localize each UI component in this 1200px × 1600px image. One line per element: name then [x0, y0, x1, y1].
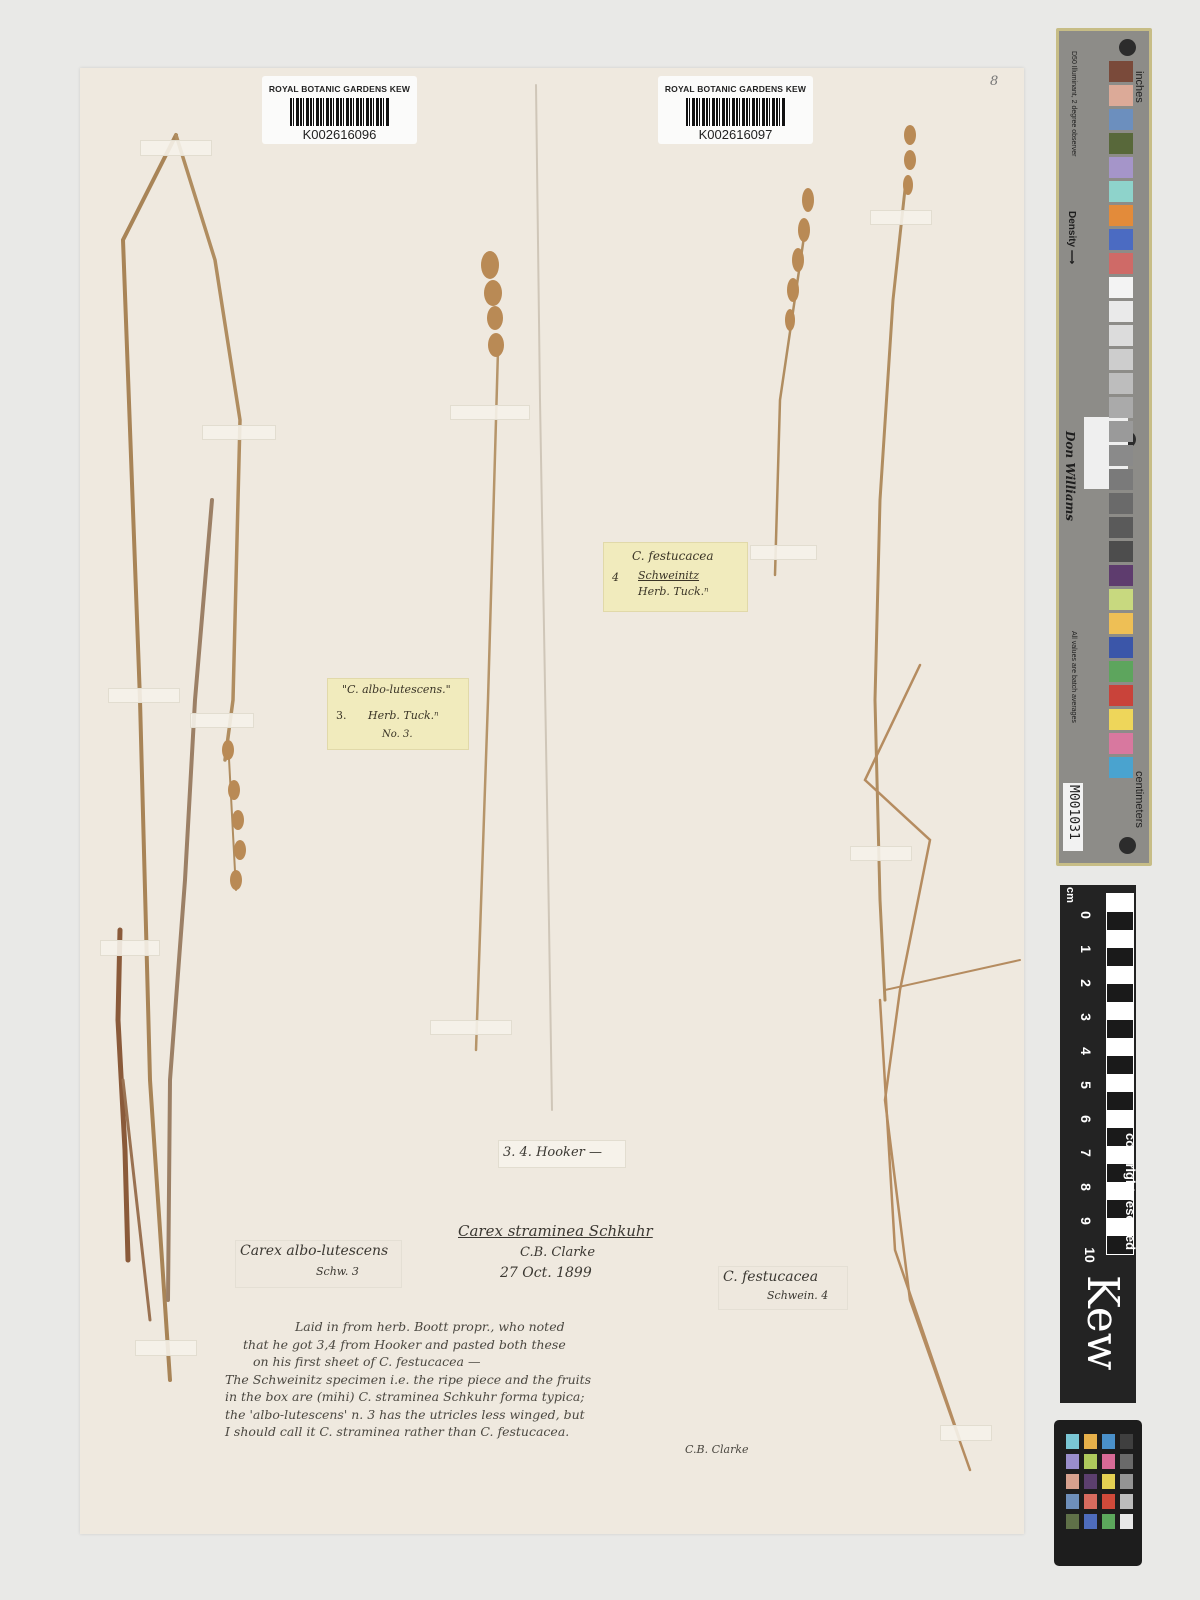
- mounting-strip: [140, 140, 212, 156]
- label-number: 4: [612, 571, 619, 584]
- left-annotation-ref: Schw. 3: [316, 1265, 359, 1278]
- checker-color-cell: [1084, 1474, 1097, 1489]
- mounting-strip: [750, 545, 817, 560]
- checker-gray-cell: [1120, 1474, 1133, 1489]
- scale-tick-label: 1: [1078, 945, 1094, 953]
- color-swatch: [1109, 613, 1133, 634]
- color-swatch: [1109, 373, 1133, 394]
- ruler-density-label: Density ⟶: [1066, 211, 1077, 264]
- color-swatch: [1109, 109, 1133, 130]
- checker-color-cell: [1102, 1474, 1115, 1489]
- mounting-strip: [850, 846, 912, 861]
- color-swatch: [1109, 661, 1133, 682]
- ruler-bottom-label: centimeters: [1133, 771, 1145, 828]
- determiner-name: C.B. Clarke: [520, 1245, 595, 1260]
- note-line: Laid in from herb. Boott propr., who not…: [225, 1318, 785, 1336]
- color-swatch: [1109, 397, 1133, 418]
- checker-color-cell: [1066, 1514, 1079, 1529]
- label-collector: Schweinitz: [638, 569, 699, 582]
- color-swatch: [1109, 541, 1133, 562]
- mounting-strip: [430, 1020, 512, 1035]
- checker-color-cell: [1084, 1494, 1097, 1509]
- scale-tick-label: 0: [1078, 911, 1094, 919]
- color-swatch: [1109, 469, 1133, 490]
- color-swatch: [1109, 253, 1133, 274]
- clarke-handwritten-note: Laid in from herb. Boott propr., who not…: [225, 1318, 785, 1458]
- mounting-strip: [135, 1340, 197, 1356]
- color-swatch: [1109, 85, 1133, 106]
- note-line: I should call it C. straminea rather tha…: [225, 1423, 785, 1441]
- hooker-slip: 3. 4. Hooker —: [498, 1140, 626, 1168]
- color-swatch: [1109, 589, 1133, 610]
- color-swatch: [1109, 685, 1133, 706]
- color-swatch: [1109, 157, 1133, 178]
- color-swatch: [1109, 421, 1133, 442]
- ruler-footnote: All values are batch averages: [1070, 631, 1077, 723]
- checker-gray-cell: [1120, 1454, 1133, 1469]
- hooker-label: 3. 4. Hooker —: [503, 1145, 602, 1160]
- kew-logo: Kew: [1077, 1275, 1128, 1370]
- color-swatch: [1109, 229, 1133, 250]
- checker-gray-cell: [1120, 1434, 1133, 1449]
- color-swatch: [1109, 637, 1133, 658]
- scale-tick-label: 4: [1078, 1047, 1094, 1055]
- label-title: C. festucacea: [632, 549, 714, 563]
- checker-color-cell: [1066, 1454, 1079, 1469]
- determination-name: Carex straminea Schkuhr: [458, 1222, 653, 1240]
- ruler-id-tag: M001031: [1063, 783, 1083, 851]
- left-annotation-slip: Carex albo-lutescens Schw. 3: [235, 1240, 402, 1288]
- checker-color-cell: [1084, 1454, 1097, 1469]
- ruler-illuminant-text: D50 Illuminant, 2 degree observer: [1070, 51, 1077, 156]
- label-title: "C. albo-lutescens.": [342, 683, 451, 696]
- checker-color-cell: [1084, 1514, 1097, 1529]
- mounting-strip: [202, 425, 276, 440]
- scale-tick-label: 8: [1078, 1183, 1094, 1191]
- checker-gray-cell: [1120, 1494, 1133, 1509]
- color-checker-card: [1054, 1420, 1142, 1566]
- color-swatch: [1109, 61, 1133, 82]
- ruler-hole: [1119, 837, 1136, 854]
- color-calibration-ruler: inches centimeters D50 Illuminant, 2 deg…: [1056, 28, 1152, 866]
- checker-color-cell: [1102, 1454, 1115, 1469]
- label-number: 3.: [336, 709, 347, 722]
- scale-tick-label: 5: [1078, 1081, 1094, 1089]
- checker-color-cell: [1084, 1434, 1097, 1449]
- mounting-strip: [450, 405, 530, 420]
- color-swatch: [1109, 709, 1133, 730]
- checker-gray-cell: [1120, 1514, 1133, 1529]
- color-swatch: [1109, 517, 1133, 538]
- mounting-strip: [100, 940, 160, 956]
- color-swatch: [1109, 733, 1133, 754]
- checker-color-cell: [1102, 1434, 1115, 1449]
- collection-label-3: "C. albo-lutescens." 3. Herb. Tuck.ⁿ No.…: [327, 678, 469, 750]
- checker-color-cell: [1066, 1494, 1079, 1509]
- ruler-top-label: inches: [1133, 71, 1145, 103]
- scale-unit: cm: [1064, 887, 1076, 903]
- mounting-strip: [940, 1425, 992, 1441]
- mounting-strip: [870, 210, 932, 225]
- copyright-text: copyright reserved: [1123, 1133, 1138, 1250]
- left-annotation-name: Carex albo-lutescens: [240, 1243, 388, 1259]
- note-line: the 'albo-lutescens' n. 3 has the utricl…: [225, 1406, 785, 1424]
- color-swatch: [1109, 181, 1133, 202]
- color-swatch: [1109, 133, 1133, 154]
- color-swatch: [1109, 565, 1133, 586]
- color-swatch: [1109, 349, 1133, 370]
- right-annotation-name: C. festucacea: [723, 1269, 818, 1285]
- ruler-brand: Don Williams: [1063, 431, 1077, 521]
- scale-tick-label: 3: [1078, 1013, 1094, 1021]
- checker-color-cell: [1066, 1434, 1079, 1449]
- checker-color-cell: [1102, 1514, 1115, 1529]
- color-swatch: [1109, 277, 1133, 298]
- note-line: in the box are (mihi) C. straminea Schku…: [225, 1388, 785, 1406]
- label-herbarium-number: No. 3.: [382, 729, 413, 740]
- color-swatch: [1109, 325, 1133, 346]
- kew-scale-bar: cm 012345678910 copyright reserved Kew: [1060, 885, 1136, 1403]
- color-swatch: [1109, 445, 1133, 466]
- note-signature: C.B. Clarke: [225, 1441, 785, 1459]
- color-swatch: [1109, 493, 1133, 514]
- color-swatch: [1109, 205, 1133, 226]
- note-line: on his first sheet of C. festucacea —: [225, 1353, 785, 1371]
- right-annotation-ref: Schwein. 4: [767, 1289, 828, 1302]
- checker-color-cell: [1066, 1474, 1079, 1489]
- color-swatch: [1109, 301, 1133, 322]
- collection-label-4: C. festucacea 4 Schweinitz Herb. Tuck.ⁿ: [603, 542, 748, 612]
- scale-tick-label: 7: [1078, 1149, 1094, 1157]
- scale-tick-label: 9: [1078, 1217, 1094, 1225]
- label-herbarium: Herb. Tuck.ⁿ: [638, 585, 709, 598]
- note-line: that he got 3,4 from Hooker and pasted b…: [225, 1336, 785, 1354]
- scale-tick-label: 6: [1078, 1115, 1094, 1123]
- right-annotation-slip: C. festucacea Schwein. 4: [718, 1266, 848, 1310]
- determination-date: 27 Oct. 1899: [500, 1265, 592, 1281]
- note-line: The Schweinitz specimen i.e. the ripe pi…: [225, 1371, 785, 1389]
- ruler-hole: [1119, 39, 1136, 56]
- mounting-strip: [108, 688, 180, 703]
- mounting-strip: [190, 713, 254, 728]
- scale-tick-label: 2: [1078, 979, 1094, 987]
- label-herbarium: Herb. Tuck.ⁿ: [368, 709, 439, 722]
- checker-color-cell: [1102, 1494, 1115, 1509]
- color-swatch: [1109, 757, 1133, 778]
- scale-tick-label: 10: [1082, 1247, 1098, 1263]
